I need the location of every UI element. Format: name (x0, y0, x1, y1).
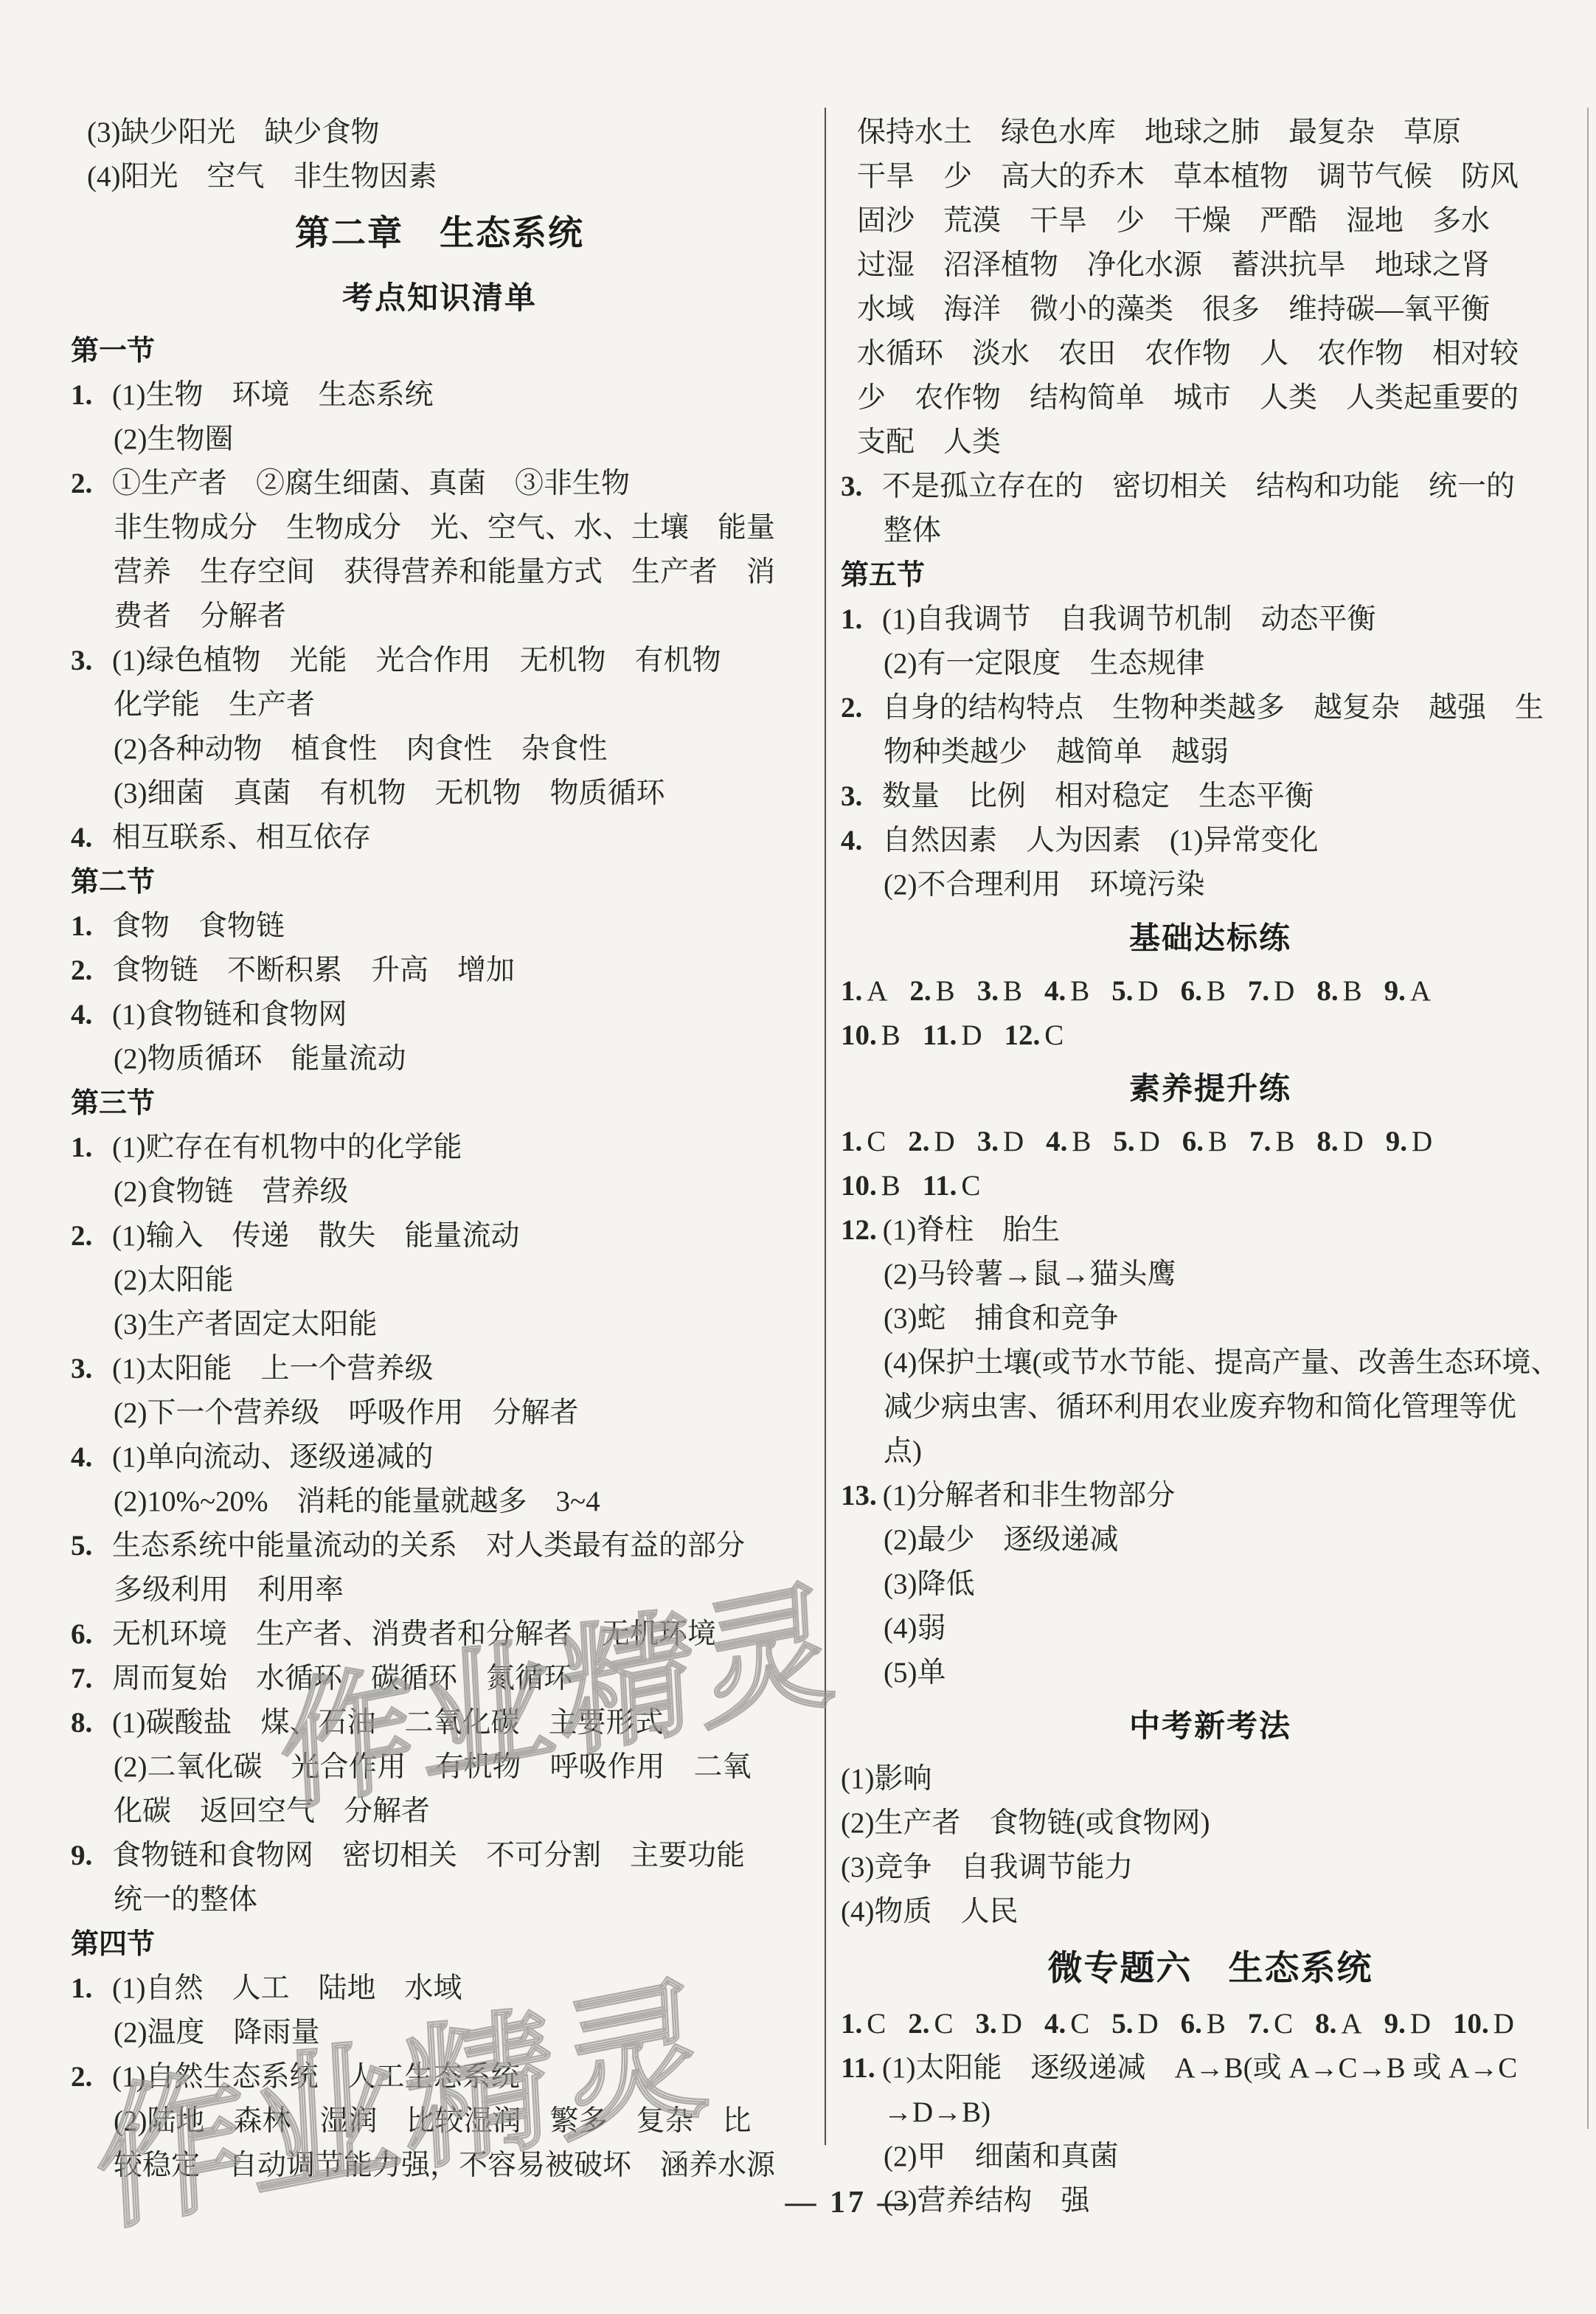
choice-answer: 6.B (1181, 969, 1226, 1014)
answer-text-line: (2)太阳能 (71, 1258, 808, 1303)
choice-answer: 5.D (1111, 2002, 1158, 2046)
answer-text-line: (3)降低 (841, 1562, 1580, 1607)
item-text: (1)输入 传递 散失 能量流动 (112, 1214, 519, 1258)
choice-answer: 10.B (841, 1164, 901, 1208)
item-text: ①生产者 ②腐生细菌、真菌 ③非生物 (112, 462, 630, 506)
subsection-heading: 第五节 (841, 553, 1580, 597)
answer-text-line: (2)甲 细菌和真菌 (841, 2135, 1580, 2179)
answer-text-line: (3)营养结构 强 (841, 2179, 1580, 2223)
right-column: 保持水土 绿色水库 地球之肺 最复杂 草原干旱 少 高大的乔木 草本植物 调节气… (841, 111, 1580, 2223)
answer-item-line: 13.(1)分解者和非生物部分 (841, 1474, 1580, 1518)
question-number: 2. (908, 2008, 929, 2040)
item-text: (1)绿色植物 光能 光合作用 无机物 有机物 (112, 639, 721, 683)
question-number: 12. (1005, 1019, 1041, 1051)
answer-letter: D (1343, 1126, 1364, 1157)
item-text: (1)脊柱 胎生 (883, 1208, 1060, 1253)
item-text: 自然因素 人为因素 (1)异常变化 (882, 819, 1318, 863)
question-number: 1. (841, 1126, 862, 1157)
answer-item-line: 9.食物链和食物网 密切相关 不可分割 主要功能 (71, 1834, 808, 1878)
answer-letter: B (1072, 1126, 1091, 1157)
item-number: 2. (71, 1214, 106, 1258)
answer-letter: D (1137, 2008, 1158, 2040)
column-divider-line (825, 108, 826, 2145)
question-number: 3. (977, 975, 999, 1007)
answer-letter: D (1274, 975, 1294, 1007)
choice-answer: 6.B (1182, 1120, 1227, 1164)
item-text: 生态系统中能量流动的关系 对人类最有益的部分 (112, 1524, 745, 1568)
answer-letter: B (1208, 1126, 1227, 1157)
choice-answer: 6.B (1181, 2002, 1226, 2046)
choice-answer: 12.C (1005, 1014, 1064, 1058)
choice-answer: 1.C (841, 1120, 886, 1164)
section-heading: 中考新考法 (841, 1695, 1580, 1757)
item-number: 1. (71, 1967, 106, 2011)
question-number: 7. (1248, 2008, 1269, 2040)
left-column: (3)缺少阳光 缺少食物(4)阳光 空气 非生物因素第二章 生态系统考点知识清单… (71, 111, 808, 2188)
answer-text-line: 点) (841, 1430, 1580, 1474)
answer-item-line: 3.(1)绿色植物 光能 光合作用 无机物 有机物 (71, 639, 808, 683)
item-number: 11. (841, 2046, 876, 2090)
question-number: 8. (1316, 1126, 1338, 1157)
answer-text-line: 物种类越少 越简单 越弱 (841, 730, 1580, 775)
item-text: (1)碳酸盐 煤、石油 二氧化碳 主要形式 (112, 1701, 663, 1745)
choice-answer: 8.A (1315, 2002, 1361, 2046)
item-number: 9. (71, 1834, 106, 1878)
answer-text-line: (2)下一个营养级 呼吸作用 分解者 (71, 1391, 808, 1435)
item-text: (1)分解者和非生物部分 (883, 1474, 1175, 1518)
item-number: 2. (841, 686, 876, 730)
answer-letter: C (934, 2008, 954, 2040)
item-text: (1)太阳能 上一个营养级 (112, 1347, 433, 1391)
answer-letter: D (1412, 1126, 1432, 1157)
question-number: 4. (1044, 975, 1066, 1007)
answer-text-line: (4)物质 人民 (841, 1890, 1580, 1934)
question-number: 1. (841, 975, 862, 1007)
question-number: 9. (1384, 975, 1406, 1007)
subsection-heading: 第四节 (71, 1922, 808, 1967)
item-text: 食物链 不断积累 升高 增加 (112, 949, 515, 993)
question-number: 5. (1113, 1126, 1134, 1157)
item-text: (1)太阳能 逐级递减 A→B(或 A→C→B 或 A→C (882, 2046, 1517, 2090)
choice-answer: 3.B (977, 969, 1022, 1014)
answer-letter: C (867, 1126, 886, 1157)
item-number: 1. (71, 1126, 106, 1170)
answer-letter: C (1044, 1019, 1064, 1051)
chapter-heading: 第二章 生态系统 (71, 199, 808, 267)
answer-item-line: 3.(1)太阳能 上一个营养级 (71, 1347, 808, 1391)
item-number: 1. (71, 904, 106, 949)
choice-answer: 9.D (1386, 1120, 1432, 1164)
answer-letter: A (1410, 975, 1431, 1007)
question-number: 2. (908, 1126, 929, 1157)
answer-letter: C (1070, 2008, 1089, 2040)
answer-text-line: (2)温度 降雨量 (71, 2011, 808, 2055)
answer-text-line: (2)物质循环 能量流动 (71, 1037, 808, 1081)
choice-answer: 4.C (1044, 2002, 1089, 2046)
answer-item-line: 2.(1)输入 传递 散失 能量流动 (71, 1214, 808, 1258)
item-number: 5. (71, 1524, 106, 1568)
answer-letter: C (867, 2008, 886, 2040)
answer-letter: D (1410, 2008, 1431, 2040)
answer-letter: B (881, 1019, 901, 1051)
answer-item-line: 2.食物链 不断积累 升高 增加 (71, 949, 808, 993)
answer-text-line: (2)最少 逐级递减 (841, 1518, 1580, 1562)
question-number: 11. (923, 1019, 957, 1051)
choice-answer: 4.B (1046, 1120, 1091, 1164)
question-number: 10. (1453, 2008, 1489, 2040)
answer-text-line: 水循环 淡水 农田 农作物 人 农作物 相对较 (841, 332, 1580, 376)
answer-text-line: 较稳定 自动调节能力强，不容易被破坏 涵养水源 (71, 2144, 808, 2188)
answer-item-line: 5.生态系统中能量流动的关系 对人类最有益的部分 (71, 1524, 808, 1568)
answer-letter: D (1139, 1126, 1160, 1157)
section-heading: 考点知识清单 (71, 267, 808, 329)
choice-answer: 10.B (841, 1014, 901, 1058)
answer-text-line: (2)有一定限度 生态规律 (841, 642, 1580, 686)
choice-answers-line: 1.A2.B3.B4.B5.D6.B7.D8.B9.A (841, 969, 1580, 1014)
answer-text-line: 保持水土 绿色水库 地球之肺 最复杂 草原 (841, 111, 1580, 155)
choice-answer: 5.D (1113, 1120, 1159, 1164)
chapter-heading: 微专题六 生态系统 (841, 1934, 1580, 2002)
section-heading: 基础达标练 (841, 907, 1580, 969)
item-number: 2. (71, 2055, 106, 2099)
answer-item-line: 1.(1)生物 环境 生态系统 (71, 373, 808, 418)
answer-letter: B (1003, 975, 1022, 1007)
question-number: 3. (977, 1126, 999, 1157)
answer-letter: D (934, 1126, 955, 1157)
question-number: 4. (1046, 1126, 1067, 1157)
choice-answer: 11.C (923, 1164, 981, 1208)
answer-text-line: (2)二氧化碳 光合作用 有机物 呼吸作用 二氧 (71, 1745, 808, 1790)
answer-text-line: 干旱 少 高大的乔木 草本植物 调节气候 防风 (841, 155, 1580, 199)
answer-text-line: 费者 分解者 (71, 595, 808, 639)
choice-answer: 2.C (908, 2002, 953, 2046)
question-number: 8. (1316, 975, 1338, 1007)
answer-text-line: 多级利用 利用率 (71, 1568, 808, 1612)
answer-text-line: (2)不合理利用 环境污染 (841, 863, 1580, 907)
answer-text-line: 固沙 荒漠 干旱 少 干燥 严酷 湿地 多水 (841, 199, 1580, 243)
answer-text-line: 过湿 沼泽植物 净化水源 蓄洪抗旱 地球之肾 (841, 243, 1580, 288)
answer-letter: D (1137, 975, 1158, 1007)
item-number: 1. (841, 597, 876, 642)
item-text: (1)生物 环境 生态系统 (112, 373, 433, 418)
answer-item-line: 12.(1)脊柱 胎生 (841, 1208, 1580, 1253)
answer-text-line: (4)阳光 空气 非生物因素 (71, 155, 808, 199)
item-text: 食物 食物链 (112, 904, 285, 949)
item-number: 3. (71, 639, 106, 683)
subsection-heading: 第三节 (71, 1081, 808, 1126)
item-text: 食物链和食物网 密切相关 不可分割 主要功能 (112, 1834, 745, 1878)
answer-item-line: 4.(1)食物链和食物网 (71, 993, 808, 1037)
choice-answers-line: 1.C2.D3.D4.B5.D6.B7.B8.D9.D (841, 1120, 1580, 1164)
question-number: 4. (1044, 2008, 1066, 2040)
answer-item-line: 3.不是孤立存在的 密切相关 结构和功能 统一的 (841, 465, 1580, 509)
answer-text-line: (4)保护土壤(或节水节能、提高产量、改善生态环境、 (841, 1341, 1580, 1385)
answer-text-line: 少 农作物 结构简单 城市 人类 人类起重要的 (841, 376, 1580, 420)
answer-text-line: 支配 人类 (841, 420, 1580, 465)
choice-answers-line: 1.C2.C3.D4.C5.D6.B7.C8.A9.D10.D (841, 2002, 1580, 2046)
answer-text-line: (2)各种动物 植食性 肉食性 杂食性 (71, 727, 808, 772)
item-text: 无机环境 生产者、消费者和分解者 无机环境 (112, 1612, 716, 1657)
question-number: 7. (1249, 1126, 1271, 1157)
answer-letter: B (1207, 975, 1226, 1007)
answer-text-line: (3)竞争 自我调节能力 (841, 1846, 1580, 1890)
answer-text-line: (2)生物圈 (71, 418, 808, 462)
answer-text-line: 水域 海洋 微小的藻类 很多 维持碳—氧平衡 (841, 288, 1580, 332)
question-number: 1. (841, 2008, 862, 2040)
item-text: 不是孤立存在的 密切相关 结构和功能 统一的 (882, 465, 1515, 509)
answer-item-line: 2.①生产者 ②腐生细菌、真菌 ③非生物 (71, 462, 808, 506)
answer-item-line: 8.(1)碳酸盐 煤、石油 二氧化碳 主要形式 (71, 1701, 808, 1745)
subsection-heading: 第二节 (71, 860, 808, 904)
answer-text-line: 营养 生存空间 获得营养和能量方式 生产者 消 (71, 550, 808, 595)
answer-letter: C (961, 1170, 980, 1202)
answer-letter: B (1343, 975, 1362, 1007)
answer-letter: D (961, 1019, 982, 1051)
item-number: 4. (71, 1435, 106, 1480)
question-number: 5. (1111, 2008, 1133, 2040)
item-number: 1. (71, 373, 106, 418)
answer-text-line: (3)细菌 真菌 有机物 无机物 物质循环 (71, 772, 808, 816)
answer-text-line: (1)影响 (841, 1757, 1580, 1801)
item-number: 7. (71, 1657, 106, 1701)
question-number: 9. (1384, 2008, 1406, 2040)
answer-text-line: 整体 (841, 509, 1580, 553)
item-text: 自身的结构特点 生物种类越多 越复杂 越强 生 (882, 686, 1544, 730)
answer-item-line: 3.数量 比例 相对稳定 生态平衡 (841, 775, 1580, 819)
answer-letter: B (1207, 2008, 1226, 2040)
answer-item-line: 11.(1)太阳能 逐级递减 A→B(或 A→C→B 或 A→C (841, 2046, 1580, 2090)
item-text: 相互联系、相互依存 (112, 816, 371, 860)
answer-text-line: (3)缺少阳光 缺少食物 (71, 111, 808, 155)
answer-text-line: 非生物成分 生物成分 光、空气、水、土壤 能量 (71, 506, 808, 550)
answer-letter: A (1341, 2008, 1361, 2040)
question-number: 6. (1181, 975, 1202, 1007)
item-number: 13. (841, 1474, 877, 1518)
answer-letter: D (1003, 1126, 1024, 1157)
answer-text-line: 化碳 返回空气 分解者 (71, 1790, 808, 1834)
answer-item-line: 1.食物 食物链 (71, 904, 808, 949)
answer-text-line: (2)生产者 食物链(或食物网) (841, 1801, 1580, 1846)
choice-answer: 1.C (841, 2002, 886, 2046)
answer-item-line: 1.(1)自我调节 自我调节机制 动态平衡 (841, 597, 1580, 642)
item-number: 6. (71, 1612, 106, 1657)
item-text: (1)自然 人工 陆地 水域 (112, 1967, 462, 2011)
item-number: 3. (841, 775, 876, 819)
question-number: 11. (923, 1170, 957, 1202)
answer-text-line: 统一的整体 (71, 1878, 808, 1922)
page-number: — 17 — (752, 2185, 944, 2220)
answer-letter: B (936, 975, 955, 1007)
item-number: 2. (71, 462, 106, 506)
answer-letter: D (1493, 2008, 1514, 2040)
answer-item-line: 7.周而复始 水循环 碳循环 氮循环 (71, 1657, 808, 1701)
answer-text-line: 化学能 生产者 (71, 683, 808, 727)
subsection-heading: 第一节 (71, 329, 808, 373)
choice-answer: 9.D (1384, 2002, 1431, 2046)
answer-text-line: (2)食物链 营养级 (71, 1170, 808, 1214)
section-heading: 素养提升练 (841, 1058, 1580, 1120)
answer-item-line: 1.(1)贮存在有机物中的化学能 (71, 1126, 808, 1170)
answer-item-line: 4.自然因素 人为因素 (1)异常变化 (841, 819, 1580, 863)
choice-answer: 3.D (976, 2002, 1022, 2046)
choice-answer: 1.A (841, 969, 887, 1014)
answer-text-line: (2)陆地 森林 湿润 比较湿润 繁多 复杂 比 (71, 2099, 808, 2144)
item-number: 4. (71, 993, 106, 1037)
item-number: 4. (71, 816, 106, 860)
choice-answer: 11.D (923, 1014, 982, 1058)
answer-item-line: 4.(1)单向流动、逐级递减的 (71, 1435, 808, 1480)
item-number: 3. (71, 1347, 106, 1391)
answer-text-line: (4)弱 (841, 1607, 1580, 1651)
choice-answer: 8.D (1316, 1120, 1363, 1164)
item-text: (1)贮存在有机物中的化学能 (112, 1126, 462, 1170)
choice-answer: 5.D (1111, 969, 1158, 1014)
choice-answer: 7.D (1248, 969, 1294, 1014)
answer-text-line: (3)生产者固定太阳能 (71, 1303, 808, 1347)
item-number: 3. (841, 465, 876, 509)
question-number: 10. (841, 1170, 877, 1202)
choice-answer: 7.B (1249, 1120, 1294, 1164)
item-text: (1)食物链和食物网 (112, 993, 347, 1037)
question-number: 5. (1111, 975, 1133, 1007)
answer-letter: A (867, 975, 887, 1007)
question-number: 6. (1182, 1126, 1204, 1157)
choice-answer: 2.B (909, 969, 954, 1014)
item-number: 4. (841, 819, 876, 863)
item-number: 2. (71, 949, 106, 993)
choice-answer: 3.D (977, 1120, 1024, 1164)
answer-letter: D (1002, 2008, 1022, 2040)
answer-text-line: (2)马铃薯→鼠→猫头鹰 (841, 1253, 1580, 1297)
question-number: 8. (1315, 2008, 1336, 2040)
item-text: 数量 比例 相对稳定 生态平衡 (882, 775, 1314, 819)
answer-text-line: 减少病虫害、循环利用农业废弃物和简化管理等优 (841, 1385, 1580, 1430)
answer-item-line: 4.相互联系、相互依存 (71, 816, 808, 860)
item-number: 12. (841, 1208, 877, 1253)
question-number: 10. (841, 1019, 877, 1051)
answer-letter: C (1274, 2008, 1293, 2040)
question-number: 3. (976, 2008, 997, 2040)
answer-letter: B (1070, 975, 1089, 1007)
answer-letter: B (881, 1170, 901, 1202)
choice-answer: 10.D (1453, 2002, 1514, 2046)
question-number: 7. (1248, 975, 1269, 1007)
answer-item-line: 1.(1)自然 人工 陆地 水域 (71, 1967, 808, 2011)
answer-item-line: 6.无机环境 生产者、消费者和分解者 无机环境 (71, 1612, 808, 1657)
choice-answers-line: 10.B11.C (841, 1164, 1580, 1208)
answer-item-line: 2.(1)自然生态系统 人工生态系统 (71, 2055, 808, 2099)
choice-answer: 2.D (908, 1120, 954, 1164)
page-edge-line (1587, 108, 1589, 2129)
choice-answers-line: 10.B11.D12.C (841, 1014, 1580, 1058)
answer-letter: B (1275, 1126, 1294, 1157)
item-number: 8. (71, 1701, 106, 1745)
answer-text-line: (2)10%~20% 消耗的能量就越多 3~4 (71, 1480, 808, 1524)
choice-answer: 8.B (1316, 969, 1361, 1014)
item-text: 周而复始 水循环 碳循环 氮循环 (112, 1657, 572, 1701)
item-text: (1)单向流动、逐级递减的 (112, 1435, 433, 1480)
question-number: 9. (1386, 1126, 1407, 1157)
item-text: (1)自然生态系统 人工生态系统 (112, 2055, 519, 2099)
question-number: 6. (1181, 2008, 1202, 2040)
item-text: (1)自我调节 自我调节机制 动态平衡 (882, 597, 1375, 642)
choice-answer: 9.A (1384, 969, 1431, 1014)
answer-key-page: (3)缺少阳光 缺少食物(4)阳光 空气 非生物因素第二章 生态系统考点知识清单… (0, 0, 1596, 2314)
answer-item-line: 2.自身的结构特点 生物种类越多 越复杂 越强 生 (841, 686, 1580, 730)
choice-answer: 4.B (1044, 969, 1089, 1014)
answer-text-line: →D→B) (841, 2090, 1580, 2135)
question-number: 2. (909, 975, 931, 1007)
answer-text-line: (5)单 (841, 1651, 1580, 1695)
choice-answer: 7.C (1248, 2002, 1293, 2046)
answer-text-line: (3)蛇 捕食和竞争 (841, 1297, 1580, 1341)
